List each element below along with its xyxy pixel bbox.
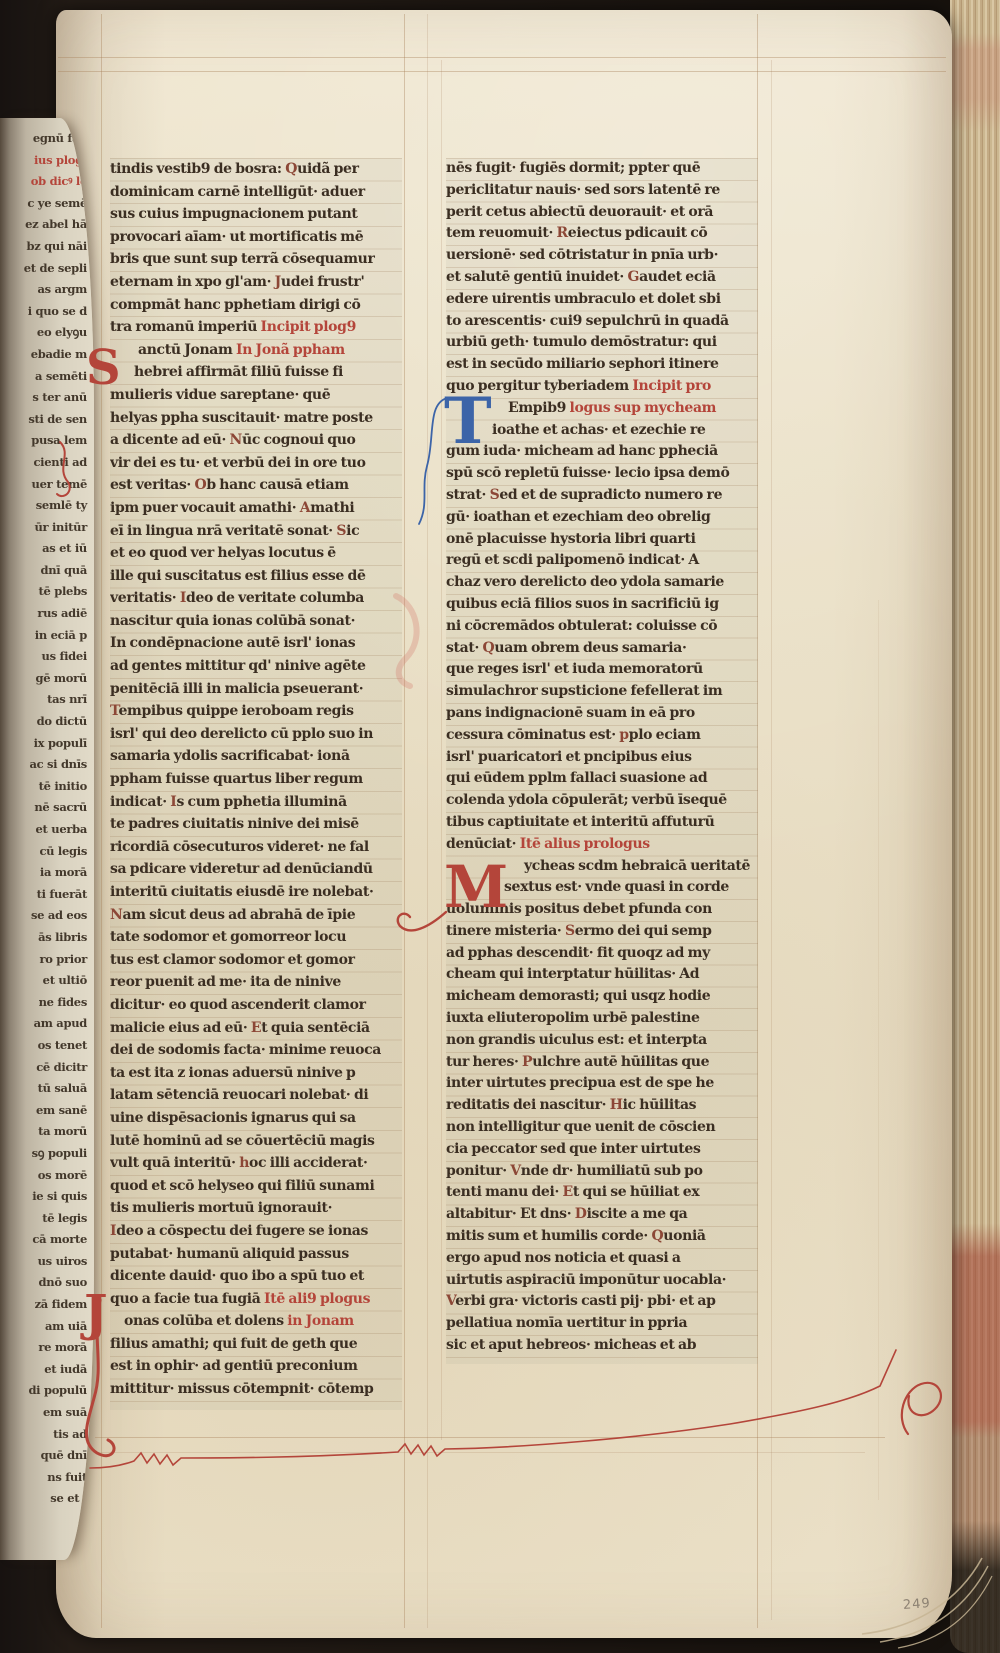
text-line: uer temē	[0, 474, 94, 496]
text-line: sꝯ populi	[0, 1143, 94, 1165]
text-line: tus est clamor sodomor et gomor	[110, 949, 402, 972]
text-line: se et i	[0, 1488, 94, 1510]
text-line: uine dispēsacionis ignarus qui sa	[110, 1107, 402, 1130]
text-line: onē placuisse hystoria libri quarti	[446, 529, 758, 551]
text-line: est in ophir· ad gentiū preconium	[110, 1355, 402, 1378]
text-line: te padres ciuitatis ninive dei misē	[110, 813, 402, 836]
text-line: eo elyꝯu	[0, 322, 94, 344]
text-line: chaz vero derelicto deo ydola samarie	[446, 572, 758, 594]
text-line: am uiā	[0, 1316, 94, 1338]
text-line: ad gentes mittitur qd' ninive agēte	[110, 655, 402, 678]
text-line: spū scō repletū fuisse· lecio ipsa demō	[446, 463, 758, 485]
red-touched-capital: Q	[651, 1228, 663, 1244]
text-line: in eciā p	[0, 625, 94, 647]
text-line: em suā	[0, 1402, 94, 1424]
text-line: et ultiō	[0, 970, 94, 992]
text-line: tē initio	[0, 776, 94, 798]
text-line: ie si quis	[0, 1186, 94, 1208]
rubric-text: in Jonam	[287, 1313, 354, 1329]
text-line: cē dicitr	[0, 1057, 94, 1079]
text-line: ppham fuisse quartus liber regum	[110, 768, 402, 791]
text-line: uirtutis aspiraciū imponūtur uocabla·	[446, 1270, 758, 1292]
text-line: dnō suo	[0, 1272, 94, 1294]
text-line: ille qui suscitatus est filius esse dē	[110, 565, 402, 588]
text-line: nē sacrū	[0, 797, 94, 819]
text-line: ob dicꝰ le	[0, 171, 94, 193]
text-line: tra romanū imperiū Incipit plog9	[110, 316, 402, 339]
text-line: colenda ydola cōpulerāt; verbū īsequē	[446, 790, 758, 812]
red-touched-capital: S	[565, 923, 575, 939]
text-line: vult quā interitū· hoc illi acciderat·	[110, 1152, 402, 1175]
text-line: ūr initūr	[0, 517, 94, 539]
rubric-text: logus sup mycheam	[570, 400, 717, 416]
text-line: provocari aīam· ut mortificatis mē	[110, 226, 402, 249]
text-line: Nam sicut deus ad abrahā de īpie	[110, 904, 402, 927]
text-line: cessura cōminatus est· pplo eciam	[446, 725, 758, 747]
text-line: sus cuius impugnacionem putant	[110, 203, 402, 226]
red-touched-capital: Q	[285, 161, 297, 177]
text-line: et iudā	[0, 1359, 94, 1381]
text-line: bz qui nāi	[0, 236, 94, 258]
red-touched-capital: V	[446, 1293, 455, 1309]
text-line: as argm	[0, 279, 94, 301]
text-line: Tempibus quippe ieroboam regis	[110, 700, 402, 723]
text-line: est veritas· Ob hanc causā etiam	[110, 474, 402, 497]
text-line: ne fides	[0, 992, 94, 1014]
text-line: ad pphas descendit· fit quoqz ad my	[446, 943, 758, 965]
red-touched-capital: H	[610, 1097, 623, 1113]
text-line: mulieris vidue sareptane· quē	[110, 384, 402, 407]
red-initial-J: J	[84, 1288, 108, 1338]
text-line: us uiros	[0, 1251, 94, 1273]
text-line: ns fuit	[0, 1467, 94, 1489]
text-line: quē dnī	[0, 1445, 94, 1467]
text-line: ni cōcremādos obtulerat: coluisse cō	[446, 616, 758, 638]
text-line: zā fidem	[0, 1294, 94, 1316]
text-line: non grandis uiculus est: et interpta	[446, 1030, 758, 1052]
red-touched-capital: I	[110, 1223, 116, 1239]
red-touched-capital: N	[110, 907, 122, 923]
text-line: em sanē	[0, 1100, 94, 1122]
text-line: a dicente ad eū· Nūc cognoui quo	[110, 429, 402, 452]
text-line: di populū	[0, 1380, 94, 1402]
text-line: as et iū	[0, 538, 94, 560]
text-line: filius amathi; qui fuit de geth que	[110, 1333, 402, 1356]
text-line: Empib9 logus sup mycheam	[446, 398, 758, 420]
text-line: vir dei es tu· et verbū dei in ore tuo	[110, 452, 402, 475]
text-line: veritatis· Ideo de veritate columba	[110, 587, 402, 610]
text-line: tindis vestib9 de bosra: Quidã per	[110, 158, 402, 181]
text-line: tis mulieris mortuū ignorauit·	[110, 1197, 402, 1220]
page-crease-line	[878, 600, 879, 1500]
red-touched-capital: V	[510, 1163, 521, 1179]
text-line: cienti ad	[0, 452, 94, 474]
text-line: helyas ppha suscitauit· matre poste	[110, 407, 402, 430]
text-line: os morē	[0, 1165, 94, 1187]
text-line: pellatiua nomīa uertitur in ppria	[446, 1313, 758, 1335]
text-line: a semēti	[0, 366, 94, 388]
text-line: tē legis	[0, 1208, 94, 1230]
text-line: os tenet	[0, 1035, 94, 1057]
text-line: perit cetus abiectū deuorauit· et orā	[446, 202, 758, 224]
text-line: onas colūba et dolens in Jonam	[110, 1310, 402, 1333]
text-line: strat· Sed et de supradicto numero re	[446, 485, 758, 507]
text-line: altabitur· Et dns· Discite a me qa	[446, 1204, 758, 1226]
text-line: urbiū geth· tumulo demōstratur: qui	[446, 332, 758, 354]
previous-page-text: egnū fa iius plogꝰob dicꝰ lec ye semēez …	[0, 128, 94, 1510]
ruling-line-horizontal	[95, 1452, 865, 1453]
red-touched-capital: N	[230, 432, 242, 448]
text-line: uersionē· sed cōtristatur in pnīa urb·	[446, 245, 758, 267]
red-touched-capital: J	[275, 274, 281, 290]
text-line: rus adiē	[0, 603, 94, 625]
text-line: ta est ita z ionas aduersū ninive p	[110, 1062, 402, 1085]
text-line: inter uirtutes precipua est de spe he	[446, 1073, 758, 1095]
text-line: isrl' qui deo derelicto cū pplo suo in	[110, 723, 402, 746]
text-line: qui eūdem pplm fallaci suasione ad	[446, 768, 758, 790]
text-line: ta morū	[0, 1121, 94, 1143]
text-line: ricordiā cōsecuturos videret· ne fal	[110, 836, 402, 859]
red-touched-capital: D	[575, 1206, 587, 1222]
red-touched-capital: T	[110, 703, 118, 719]
ruling-line-horizontal	[58, 71, 946, 72]
folio-number-pencil: 249	[903, 1596, 932, 1613]
rubric-text: In Jonã ppham	[236, 342, 345, 358]
text-line: est in secūdo miliario sephori itinere	[446, 354, 758, 376]
text-line: simulachror supsticione fefellerat im	[446, 681, 758, 703]
text-line: ix populī	[0, 733, 94, 755]
text-line: bris que sunt sup terrã cōsequamur	[110, 248, 402, 271]
red-touched-capital: p	[619, 727, 628, 743]
text-line: latam sētenciā reuocari nolebat· di	[110, 1084, 402, 1107]
text-line: sic et aput hebreos· micheas et ab	[446, 1335, 758, 1357]
text-line: interitū ciuitatis eiusdē ire nolebat·	[110, 881, 402, 904]
text-line: stat· Quam obrem deus samaria·	[446, 638, 758, 660]
text-line: sa pdicare videretur ad denūciandū	[110, 858, 402, 881]
text-line: anctū Jonam In Jonã ppham	[110, 339, 402, 362]
red-touched-capital: E	[563, 1184, 573, 1200]
rubric-text: Itē ali9 plogus	[264, 1291, 370, 1307]
text-line: dei de sodomis facta· minime reuoca	[110, 1039, 402, 1062]
text-line: se ad eos	[0, 905, 94, 927]
text-line: isrl' puaricatori et pncipibus eius	[446, 747, 758, 769]
text-line: ti fuerāt	[0, 884, 94, 906]
red-initial-M: M	[444, 858, 505, 916]
previous-page-edge: egnū fa iius plogꝰob dicꝰ lec ye semēez …	[0, 118, 94, 1560]
red-touched-capital: O	[194, 477, 206, 493]
text-line: nascitur quia ionas colūbā sonat·	[110, 610, 402, 633]
red-initial-S: S	[86, 344, 121, 392]
text-line: tur heres· Pulchre autē hūilitas que	[446, 1052, 758, 1074]
text-line: cia peccator sed que inter uirtutes	[446, 1139, 758, 1161]
text-line: re morā	[0, 1337, 94, 1359]
red-touched-capital: E	[251, 1020, 261, 1036]
text-line: sti de sen	[0, 409, 94, 431]
text-line: ponitur· Vnde dr· humiliatū sub po	[446, 1161, 758, 1183]
text-line: et eo quod ver helyas locutus ē	[110, 542, 402, 565]
text-line: gē morū	[0, 668, 94, 690]
text-line: tē plebs	[0, 581, 94, 603]
text-line: et de sepli	[0, 258, 94, 280]
ruling-line-vertical	[427, 14, 428, 1628]
text-line: mittitur· missus cōtempnit· cōtemp	[110, 1378, 402, 1401]
text-line: indicat· Is cum pphetia illuminā	[110, 791, 402, 814]
rubric-text: Itē alius prologus	[520, 836, 650, 852]
text-line: pans indignacionē suam in eā pro	[446, 703, 758, 725]
red-touched-capital: I	[170, 794, 176, 810]
text-line: tate sodomor et gomorreor locu	[110, 926, 402, 949]
text-line: nēs fugit· fugiēs dormit; ppter quē	[446, 158, 758, 180]
text-line: gū· ioathan et ezechiam deo obrelig	[446, 507, 758, 529]
text-line: cheam qui interptatur hūilitas· Ad	[446, 964, 758, 986]
text-line: tenti manu dei· Et qui se hūiliat ex	[446, 1182, 758, 1204]
text-line: tis ad	[0, 1424, 94, 1446]
ruling-line-vertical	[101, 14, 102, 1628]
text-line: quod et scō helyseo qui filiū sunami	[110, 1175, 402, 1198]
text-line: tas nrī	[0, 689, 94, 711]
red-touched-capital: P	[522, 1054, 532, 1070]
text-line: ro prior	[0, 949, 94, 971]
text-line: non intelligitur que uenit de cōscien	[446, 1117, 758, 1139]
text-line: ergo apud nos noticia et quasi a	[446, 1248, 758, 1270]
text-line: c ye semē	[0, 193, 94, 215]
text-line: In condēpnacione autē isrl' ionas	[110, 632, 402, 655]
red-touched-capital: S	[336, 523, 346, 539]
text-line: ipm puer vocauit amathi· Amathi	[110, 497, 402, 520]
text-line: samaria ydolis sacrificabat· ionā	[110, 745, 402, 768]
red-touched-capital: S	[490, 487, 500, 503]
text-line: regū et scdi palipomenō indicat· A	[446, 550, 758, 572]
text-line: ebadie m	[0, 344, 94, 366]
text-line: iuxta eliuteropolim urbē palestine	[446, 1008, 758, 1030]
ruling-line-vertical	[404, 14, 405, 1628]
text-line: hebrei affirmāt filiū fuisse fi	[110, 361, 402, 384]
text-line: ioathe et achas· et ezechie re	[446, 420, 758, 442]
text-line: tū saluā	[0, 1078, 94, 1100]
text-line: compmāt hanc pphetiam dirigi cō	[110, 294, 402, 317]
text-line: malicie eius ad eū· Et quia sentēciā	[110, 1017, 402, 1040]
text-line: semlē ty	[0, 495, 94, 517]
right-text-column: nēs fugit· fugiēs dormit; ppter quēperic…	[446, 158, 758, 1364]
text-line: pusa lem	[0, 430, 94, 452]
text-line: quibus eciā filios suos in sacrificiū ig	[446, 594, 758, 616]
rubric-text: Incipit plog9	[261, 319, 356, 335]
text-line: eī in lingua nrā veritatē sonat· Sic	[110, 520, 402, 543]
text-line: micheam demorasti; qui usqz hodie	[446, 986, 758, 1008]
rubric-text: Incipit pro	[632, 378, 711, 394]
text-line: am apud	[0, 1013, 94, 1035]
text-line: ac si dnīs	[0, 754, 94, 776]
text-line: dicitur· eo quod ascenderit clamor	[110, 994, 402, 1017]
text-line: tibus captiuitate et interitū affuturū	[446, 812, 758, 834]
rubric-text: ob dicꝰ le	[31, 174, 87, 188]
text-line: tem reuomuit· Reiectus pdicauit cō	[446, 223, 758, 245]
text-line: s ter anū	[0, 387, 94, 409]
manuscript-photo: egnū fa iius plogꝰob dicꝰ lec ye semēez …	[0, 0, 1000, 1653]
text-line: quo pergitur tyberiadem Incipit pro	[446, 376, 758, 398]
text-line: gum iuda· micheam ad hanc ppheciā	[446, 441, 758, 463]
ruling-line-vertical	[441, 60, 442, 1440]
text-line: do dictū	[0, 711, 94, 733]
left-text-column: tindis vestib9 de bosra: Quidã perdomini…	[110, 158, 402, 1410]
text-line: et salutē gentiū inuidet· Gaudet eciā	[446, 267, 758, 289]
text-line: ia morā	[0, 862, 94, 884]
text-line: mitis sum et humilis corde· Quoniā	[446, 1226, 758, 1248]
text-line: i quo se d	[0, 301, 94, 323]
text-line: Verbi gra· victoris casti pij· pbi· et a…	[446, 1291, 758, 1313]
text-line: lutē hominū ad se cōuertēciū magis	[110, 1130, 402, 1153]
red-touched-capital: A	[300, 500, 311, 516]
text-line: reditatis dei nascitur· Hic hūilitas	[446, 1095, 758, 1117]
text-line: putabat· humanū aliquid passus	[110, 1243, 402, 1266]
book-fore-edge	[950, 0, 1000, 1653]
text-line: periclitatur nauis· sed sors latentē re	[446, 180, 758, 202]
text-line: quo a facie tua fugiā Itē ali9 plogus	[110, 1288, 402, 1311]
text-line: ez abel hā	[0, 214, 94, 236]
ruling-line-vertical	[771, 60, 772, 1620]
text-line: reor puenit ad me· ita de ninive	[110, 971, 402, 994]
red-touched-capital: I	[180, 590, 186, 606]
text-line: to arescentis· cui9 sepulchrū in quadā	[446, 311, 758, 333]
text-line: penitēciā illi in malicia pseuerant·	[110, 678, 402, 701]
text-line: et uerba	[0, 819, 94, 841]
ruling-line-horizontal	[58, 57, 946, 58]
text-line: edere uirentis umbraculo et dolet sbi	[446, 289, 758, 311]
blue-initial-T: T	[444, 390, 492, 454]
text-line: que reges isrl' et iuda memoratorū	[446, 659, 758, 681]
text-line: dnī quā	[0, 560, 94, 582]
text-line: dicente dauid· quo ibo a spū tuo et	[110, 1265, 402, 1288]
text-line: cā morte	[0, 1229, 94, 1251]
text-line: Ideo a cōspectu dei fugere se ionas	[110, 1220, 402, 1243]
text-line: eternam in xpo gl'am· Judei frustr'	[110, 271, 402, 294]
text-line: us fidei	[0, 646, 94, 668]
text-line: ās libris	[0, 927, 94, 949]
red-touched-capital: h	[239, 1155, 249, 1171]
red-touched-capital: Q	[483, 640, 495, 656]
text-line: dominicam carnē intelligūt· aduer	[110, 181, 402, 204]
red-touched-capital: G	[627, 269, 639, 285]
red-touched-capital: R	[557, 225, 568, 241]
text-line: cū legis	[0, 841, 94, 863]
ruling-line-horizontal	[95, 1437, 885, 1438]
text-line: tinere misteria· Sermo dei qui semp	[446, 921, 758, 943]
